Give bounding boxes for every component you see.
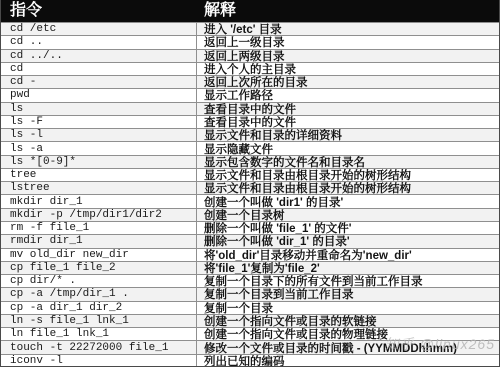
command-cell-container: touch -t 22272000 file_1 xyxy=(1,341,197,353)
explanation-cell-container: 创建一个指向文件或目录的软链接 xyxy=(197,314,499,327)
table-header-row: 指令 解释 xyxy=(1,0,499,22)
command-cell: ln file_1 lnk_1 xyxy=(10,328,109,340)
command-cell: cd /etc xyxy=(10,23,56,35)
table-row: rmdir dir_1 删除一个叫做 'dir_1' 的目录' xyxy=(1,234,499,247)
command-cell: lstree xyxy=(10,182,50,194)
explanation-cell-container: 创建一个目录树 xyxy=(197,208,499,221)
table-row: ls 查看目录中的文件 xyxy=(1,102,499,115)
table-row: ls *[0-9]* 显示包含数字的文件名和目录名 xyxy=(1,155,499,168)
command-cell-container: ln -s file_1 lnk_1 xyxy=(1,315,197,327)
command-cell: cp dir/* . xyxy=(10,275,76,287)
explanation-cell-container: 显示工作路径 xyxy=(197,88,499,101)
header-explanation-column: 解释 xyxy=(197,0,499,22)
command-cell-container: cd .. xyxy=(1,36,197,48)
command-cell: rmdir dir_1 xyxy=(10,235,83,247)
table-row: tree 显示文件和目录由根目录开始的树形结构 xyxy=(1,168,499,181)
explanation-cell: 显示文件和目录由根目录开始的树形结构 xyxy=(204,170,411,181)
explanation-cell-container: 返回上一级目录 xyxy=(197,35,499,48)
explanation-cell-container: 显示文件和目录由根目录开始的树形结构 xyxy=(197,168,499,181)
command-cell: ls xyxy=(10,103,23,115)
table-row: cp -a dir_1 dir_2 复制一个目录 xyxy=(1,301,499,314)
explanation-cell: 显示文件和目录由根目录开始的树形结构 xyxy=(204,183,411,194)
explanation-cell: 显示隐藏文件 xyxy=(204,144,273,155)
table-row: ls -a 显示隐藏文件 xyxy=(1,141,499,154)
explanation-cell: 创建一个指向文件或目录的物理链接 xyxy=(204,329,388,340)
command-cell: tree xyxy=(10,169,36,181)
linux-command-reference-table: 指令 解释 cd /etc 进入 '/etc' 目录 cd .. 返回上一级目录… xyxy=(0,0,500,367)
table-row: iconv -l 列出已知的编码 xyxy=(1,354,499,367)
explanation-cell: 查看目录中的文件 xyxy=(204,117,296,128)
command-cell-container: ln file_1 lnk_1 xyxy=(1,328,197,340)
explanation-cell: 创建一个指向文件或目录的软链接 xyxy=(204,316,377,327)
command-cell: cp -a /tmp/dir_1 . xyxy=(10,288,129,300)
explanation-cell: 进入 '/etc' 目录 xyxy=(204,24,282,35)
explanation-cell: 查看目录中的文件 xyxy=(204,104,296,115)
explanation-cell-container: 复制一个目录到当前工作目录 xyxy=(197,287,499,300)
explanation-cell-container: 显示文件和目录的详细资料 xyxy=(197,128,499,141)
command-cell-container: mv old_dir new_dir xyxy=(1,249,197,261)
explanation-cell: 返回上次所在的目录 xyxy=(204,77,308,88)
table-row: ln file_1 lnk_1 创建一个指向文件或目录的物理链接 xyxy=(1,327,499,340)
explanation-cell-container: 列出已知的编码 xyxy=(197,354,499,367)
explanation-cell: 创建一个目录树 xyxy=(204,210,285,221)
command-cell: cd xyxy=(10,63,23,75)
command-cell: ls -l xyxy=(10,129,43,141)
command-cell: mv old_dir new_dir xyxy=(10,249,129,261)
table-row: ls -l 显示文件和目录的详细资料 xyxy=(1,128,499,141)
command-cell: cd .. xyxy=(10,36,43,48)
command-cell-container: cp dir/* . xyxy=(1,275,197,287)
command-cell-container: cd - xyxy=(1,76,197,88)
table-row: cd .. 返回上一级目录 xyxy=(1,35,499,48)
command-cell: cd - xyxy=(10,76,36,88)
explanation-cell-container: 返回上两级目录 xyxy=(197,49,499,62)
explanation-cell: 将'old_dir'目录移动并重命名为'new_dir' xyxy=(204,250,412,261)
command-cell-container: ls xyxy=(1,103,197,115)
command-cell-container: rmdir dir_1 xyxy=(1,235,197,247)
explanation-cell-container: 删除一个叫做 'dir_1' 的目录' xyxy=(197,234,499,247)
command-cell-container: cp -a /tmp/dir_1 . xyxy=(1,288,197,300)
table-row: lstree 显示文件和目录由根目录开始的树形结构 xyxy=(1,181,499,194)
explanation-cell: 进入个人的主目录 xyxy=(204,64,296,75)
explanation-cell-container: 创建一个指向文件或目录的物理链接 xyxy=(197,327,499,340)
explanation-cell: 复制一个目录 xyxy=(204,303,273,314)
explanation-cell: 复制一个目录下的所有文件到当前工作目录 xyxy=(204,276,423,287)
table-row: cd 进入个人的主目录 xyxy=(1,62,499,75)
command-cell-container: cd ../.. xyxy=(1,50,197,62)
explanation-cell: 创建一个叫做 'dir1' 的目录' xyxy=(204,197,343,208)
explanation-cell-container: 显示包含数字的文件名和目录名 xyxy=(197,155,499,168)
command-cell-container: mkdir dir_1 xyxy=(1,195,197,207)
explanation-cell-container: 将'old_dir'目录移动并重命名为'new_dir' xyxy=(197,248,499,261)
command-cell-container: mkdir -p /tmp/dir1/dir2 xyxy=(1,209,197,221)
command-cell: mkdir dir_1 xyxy=(10,196,83,208)
command-cell: iconv -l xyxy=(10,355,63,367)
command-cell: mkdir -p /tmp/dir1/dir2 xyxy=(10,209,162,221)
table-row: cd /etc 进入 '/etc' 目录 xyxy=(1,22,499,35)
command-cell-container: ls -F xyxy=(1,116,197,128)
explanation-cell-container: 复制一个目录下的所有文件到当前工作目录 xyxy=(197,274,499,287)
command-cell-container: rm -f file_1 xyxy=(1,222,197,234)
table-row: cp dir/* . 复制一个目录下的所有文件到当前工作目录 xyxy=(1,274,499,287)
explanation-cell: 显示工作路径 xyxy=(204,90,273,101)
command-cell-container: ls *[0-9]* xyxy=(1,156,197,168)
command-cell: ls *[0-9]* xyxy=(10,156,76,168)
command-cell: cp -a dir_1 dir_2 xyxy=(10,302,122,314)
command-cell-container: cp file_1 file_2 xyxy=(1,262,197,274)
explanation-cell-container: 显示隐藏文件 xyxy=(197,141,499,154)
command-cell-container: ls -a xyxy=(1,142,197,154)
explanation-cell-container: 修改一个文件或目录的时间戳 - (YYMMDDhhmm) xyxy=(197,340,499,353)
explanation-cell-container: 显示文件和目录由根目录开始的树形结构 xyxy=(197,181,499,194)
command-cell-container: iconv -l xyxy=(1,355,197,367)
explanation-cell: 显示文件和目录的详细资料 xyxy=(204,130,342,141)
table-body: cd /etc 进入 '/etc' 目录 cd .. 返回上一级目录 cd ..… xyxy=(1,22,499,367)
command-cell-container: cp -a dir_1 dir_2 xyxy=(1,302,197,314)
command-cell: cd ../.. xyxy=(10,50,63,62)
command-cell: cp file_1 file_2 xyxy=(10,262,116,274)
table-row: cd ../.. 返回上两级目录 xyxy=(1,49,499,62)
explanation-cell: 复制一个目录到当前工作目录 xyxy=(204,289,354,300)
table-row: ln -s file_1 lnk_1 创建一个指向文件或目录的软链接 xyxy=(1,314,499,327)
table-row: cp file_1 file_2 将'file_1'复制为'file_2' xyxy=(1,261,499,274)
explanation-cell-container: 复制一个目录 xyxy=(197,301,499,314)
explanation-cell: 显示包含数字的文件名和目录名 xyxy=(204,157,365,168)
explanation-cell-container: 返回上次所在的目录 xyxy=(197,75,499,88)
explanation-cell-container: 创建一个叫做 'dir1' 的目录' xyxy=(197,194,499,207)
explanation-cell-container: 查看目录中的文件 xyxy=(197,102,499,115)
explanation-cell: 返回上一级目录 xyxy=(204,37,285,48)
explanation-cell: 列出已知的编码 xyxy=(204,356,285,367)
explanation-cell-container: 查看目录中的文件 xyxy=(197,115,499,128)
command-cell: ls -a xyxy=(10,143,43,155)
explanation-cell-container: 删除一个叫做 'file_1' 的文件' xyxy=(197,221,499,234)
table-row: rm -f file_1 删除一个叫做 'file_1' 的文件' xyxy=(1,221,499,234)
command-cell: pwd xyxy=(10,89,30,101)
command-cell: touch -t 22272000 file_1 xyxy=(10,342,168,354)
explanation-cell: 返回上两级目录 xyxy=(204,51,285,62)
command-cell-container: ls -l xyxy=(1,129,197,141)
table-row: mv old_dir new_dir 将'old_dir'目录移动并重命名为'n… xyxy=(1,248,499,261)
explanation-cell-container: 将'file_1'复制为'file_2' xyxy=(197,261,499,274)
table-row: ls -F 查看目录中的文件 xyxy=(1,115,499,128)
table-row: cd - 返回上次所在的目录 xyxy=(1,75,499,88)
explanation-cell: 将'file_1'复制为'file_2' xyxy=(204,263,320,274)
command-cell-container: cd /etc xyxy=(1,23,197,35)
command-cell: ls -F xyxy=(10,116,43,128)
command-cell: rm -f file_1 xyxy=(10,222,89,234)
command-cell-container: lstree xyxy=(1,182,197,194)
explanation-cell-container: 进入个人的主目录 xyxy=(197,62,499,75)
table-row: mkdir dir_1 创建一个叫做 'dir1' 的目录' xyxy=(1,194,499,207)
header-command-column: 指令 xyxy=(1,0,197,22)
command-cell-container: pwd xyxy=(1,89,197,101)
explanation-cell: 修改一个文件或目录的时间戳 - (YYMMDDhhmm) xyxy=(204,343,457,354)
command-cell: ln -s file_1 lnk_1 xyxy=(10,315,129,327)
table-row: cp -a /tmp/dir_1 . 复制一个目录到当前工作目录 xyxy=(1,287,499,300)
table-row: pwd 显示工作路径 xyxy=(1,88,499,101)
explanation-cell-container: 进入 '/etc' 目录 xyxy=(197,22,499,35)
explanation-cell: 删除一个叫做 'file_1' 的文件' xyxy=(204,223,352,234)
explanation-cell: 删除一个叫做 'dir_1' 的目录' xyxy=(204,236,350,247)
command-cell-container: tree xyxy=(1,169,197,181)
command-cell-container: cd xyxy=(1,63,197,75)
table-row: touch -t 22272000 file_1 修改一个文件或目录的时间戳 -… xyxy=(1,340,499,353)
table-row: mkdir -p /tmp/dir1/dir2 创建一个目录树 xyxy=(1,208,499,221)
